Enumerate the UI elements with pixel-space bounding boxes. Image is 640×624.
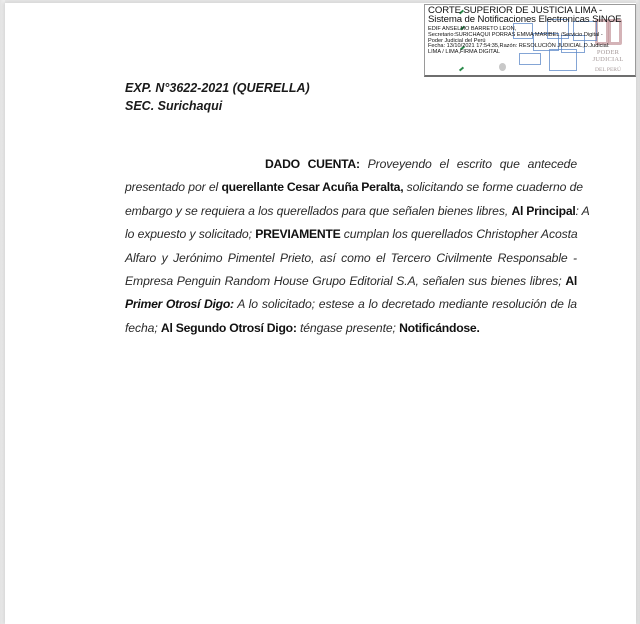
pen-stroke-icon bbox=[459, 67, 464, 72]
body-text: fecha; bbox=[125, 321, 161, 335]
body-text: embargo y se requiera a los querellados … bbox=[125, 204, 511, 218]
body-text: A lo solicitado; estese a lo decretado m… bbox=[234, 297, 577, 311]
body-text: cumplan los querellados Christopher Acos… bbox=[340, 227, 577, 241]
stamp-details: EDIF ANSELMO BARRETO LEON, Secretario:SU… bbox=[428, 27, 634, 56]
emphasis-text: PREVIAMENTE bbox=[255, 227, 340, 241]
emphasis-text: querellante Cesar Acuña Peralta, bbox=[221, 180, 403, 194]
emphasis-text: Primer Otrosí Digo: bbox=[125, 297, 234, 311]
body-text: solicitando se forme cuaderno de bbox=[403, 180, 583, 194]
body-text: Proveyendo el escrito que antecede bbox=[360, 157, 577, 171]
emphasis-text: Al bbox=[565, 274, 577, 288]
secretary-name: SEC. Surichaqui bbox=[125, 97, 310, 115]
paragraph-line: Alfaro y Jerónimo Pimentel Prieto, así c… bbox=[125, 247, 577, 270]
emphasis-text: Al Principal bbox=[511, 204, 575, 218]
case-number: EXP. N°3622-2021 (QUERELLA) bbox=[125, 79, 310, 97]
paragraph-line: fecha; Al Segundo Otrosí Digo: téngase p… bbox=[125, 317, 577, 340]
emphasis-text: DADO CUENTA: bbox=[265, 157, 360, 171]
body-text: Empresa Penguin Random House Grupo Edito… bbox=[125, 274, 565, 288]
paragraph-line: Empresa Penguin Random House Grupo Edito… bbox=[125, 270, 577, 293]
emblem-subtext: DEL PERÚ bbox=[585, 67, 631, 73]
body-text: Alfaro y Jerónimo Pimentel Prieto, así c… bbox=[125, 251, 577, 265]
paragraph-line: embargo y se requiera a los querellados … bbox=[125, 200, 577, 223]
emphasis-text: Notificándose. bbox=[399, 321, 479, 335]
body-text: : A bbox=[576, 204, 590, 218]
document-header: EXP. N°3622-2021 (QUERELLA) SEC. Suricha… bbox=[125, 79, 310, 115]
body-text: presentado por el bbox=[125, 180, 221, 194]
resolution-paragraph: DADO CUENTA: Proveyendo el escrito que a… bbox=[125, 153, 577, 340]
paragraph-line: presentado por el querellante Cesar Acuñ… bbox=[125, 176, 577, 199]
emphasis-text: Al Segundo Otrosí Digo: bbox=[161, 321, 297, 335]
stamp-line-location: LIMA / LIMA,FIRMA DIGITAL bbox=[428, 50, 634, 56]
paragraph-line: Primer Otrosí Digo: A lo solicitado; est… bbox=[125, 293, 577, 316]
digital-signature-stamp: PODER JUDICIAL DEL PERÚ CORTE SUPERIOR D… bbox=[424, 4, 636, 77]
paragraph-line: DADO CUENTA: Proveyendo el escrito que a… bbox=[125, 153, 577, 176]
seal-icon bbox=[499, 63, 506, 71]
body-text: téngase presente; bbox=[297, 321, 399, 335]
page-right-shadow bbox=[636, 0, 640, 624]
paragraph-line: lo expuesto y solicitado; PREVIAMENTE cu… bbox=[125, 223, 577, 246]
body-text: lo expuesto y solicitado; bbox=[125, 227, 255, 241]
stamp-title: CORTE SUPERIOR DE JUSTICIA LIMA - Sistem… bbox=[428, 6, 634, 24]
